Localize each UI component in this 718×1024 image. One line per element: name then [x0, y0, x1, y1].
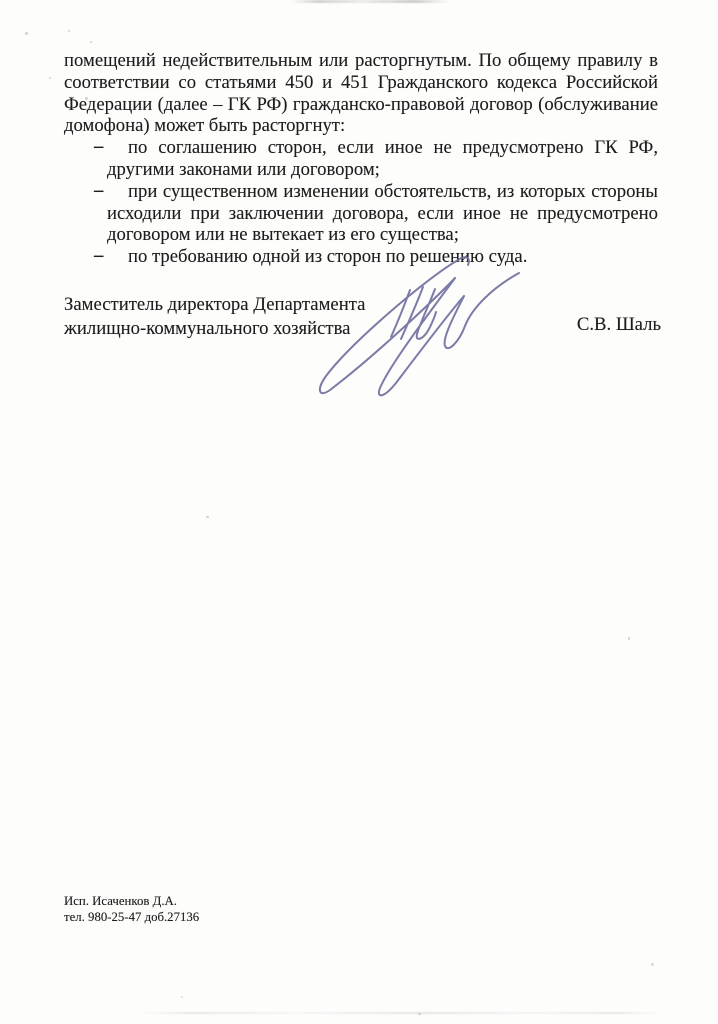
list-item: – по соглашению сторон, если иное не пре… [64, 137, 658, 181]
handwritten-signature-icon [312, 252, 524, 404]
list-dash-marker: – [94, 180, 103, 202]
scan-smudge-top [290, 0, 450, 3]
scan-speck [206, 516, 209, 518]
scan-speck [49, 77, 51, 79]
scan-speck [181, 996, 183, 998]
scan-speck [68, 30, 70, 32]
signature-strokes [320, 257, 519, 395]
signatory-name: С.В. Шаль [577, 314, 661, 336]
list-item: – при существенном изменении обстоятельс… [64, 181, 658, 246]
list-dash-marker: – [94, 136, 103, 158]
scan-smudge-bottom [140, 1012, 660, 1014]
executor-footer: Исп. Исаченков Д.А. тел. 980-25-47 доб.2… [64, 894, 199, 925]
list-item-text: при существенном изменении обстоятельств… [107, 181, 658, 246]
document-body: помещений недействительным или расторгну… [64, 50, 658, 268]
executor-name: Исп. Исаченков Д.А. [64, 894, 199, 910]
scan-speck [651, 963, 654, 966]
executor-phone: тел. 980-25-47 доб.27136 [64, 910, 199, 926]
scan-speck [90, 41, 92, 43]
termination-conditions-list: – по соглашению сторон, если иное не пре… [64, 137, 658, 268]
scan-speck [25, 32, 28, 35]
body-paragraph: помещений недействительным или расторгну… [64, 50, 658, 137]
list-item-text: по соглашению сторон, если иное не преду… [107, 137, 658, 180]
scan-speck [628, 637, 630, 640]
scan-speck [85, 97, 88, 100]
list-dash-marker: – [94, 245, 103, 267]
scanned-document-page: помещений недействительным или расторгну… [0, 0, 718, 1024]
